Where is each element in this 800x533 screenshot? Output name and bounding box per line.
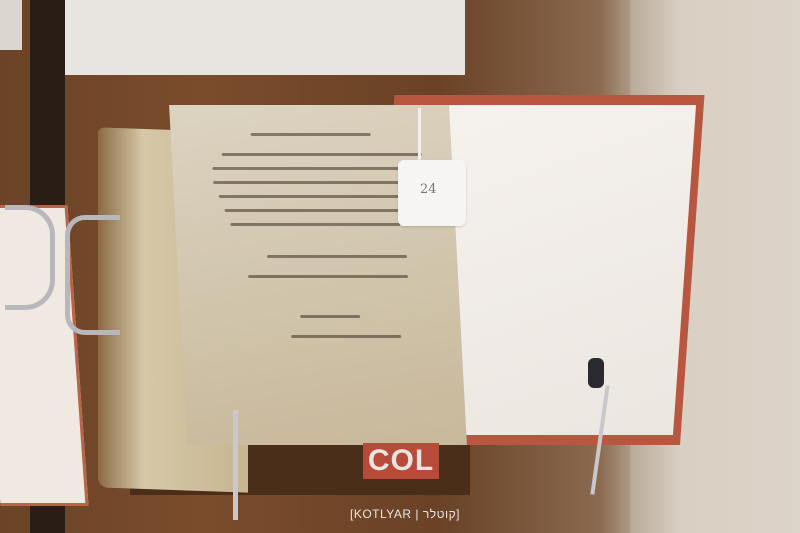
book-stand-left — [5, 205, 55, 310]
stand-clip — [588, 358, 604, 388]
tag-label: 24 — [420, 182, 437, 197]
col-logo-watermark: COL — [363, 443, 439, 479]
catalog-tag: 24 — [398, 160, 466, 226]
tag-string — [418, 108, 421, 160]
photo-credit: [KOTLYAR | קוטלר] — [350, 507, 460, 521]
book-stand-arm — [65, 215, 120, 335]
photo-scene: 24 COL [KOTLYAR | קוטלר] — [0, 0, 800, 533]
background-poster-left — [0, 0, 22, 50]
stand-rod-left — [233, 410, 238, 520]
title-page — [169, 105, 467, 445]
background-poster — [60, 0, 465, 75]
